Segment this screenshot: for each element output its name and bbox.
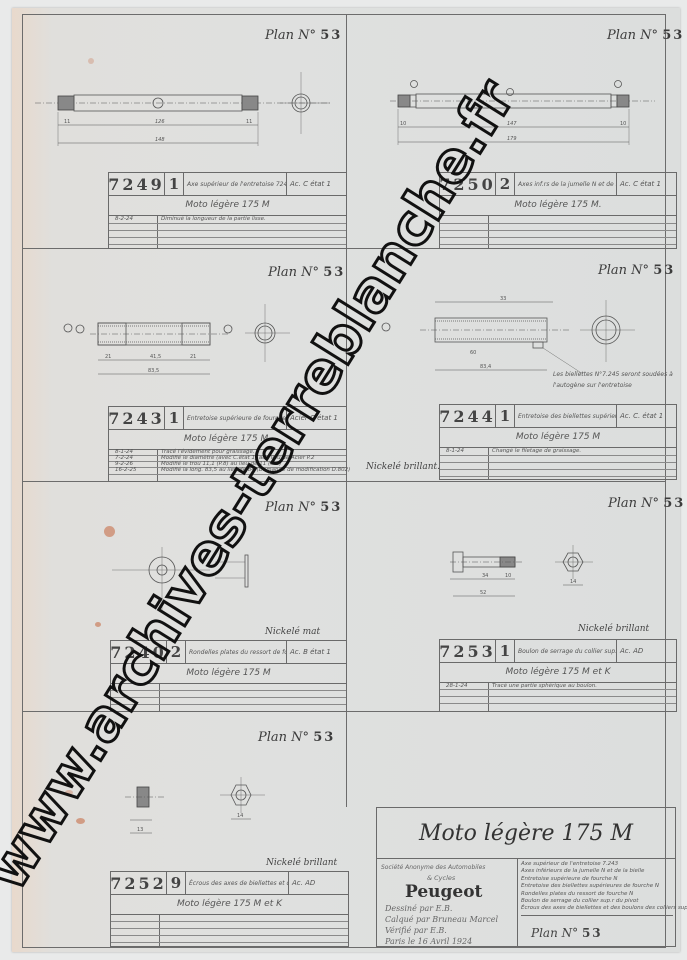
piece-item: Axes inférieurs de la jumelle N et de la… <box>521 868 673 875</box>
piece-item: Entretoise des biellettes supérieures de… <box>521 883 673 890</box>
svg-text:148: 148 <box>155 137 165 143</box>
title-block-7249: 7249 1 Axe supérieur de l'entretoise 724… <box>108 172 347 249</box>
sheet-title: Moto légère 175 M <box>377 808 675 859</box>
part-description: Écrous des axes de biellettes et des bou… <box>186 872 289 894</box>
company-name: Société Anonyme des Automobiles <box>381 864 485 871</box>
svg-text:10: 10 <box>620 121 626 127</box>
part-7243-drawing: 21 41,5 21 83,5 <box>60 300 300 380</box>
svg-text:83,4: 83,4 <box>480 364 491 370</box>
pieces-block: Axe supérieur de l'entretoise 7.243 Axes… <box>517 858 675 946</box>
traced-by: Calqué par Bruneau Marcel <box>385 915 498 924</box>
svg-text:126: 126 <box>155 119 165 125</box>
company-subtitle: & Cycles <box>427 874 455 882</box>
quantity: 2 <box>496 173 515 195</box>
material: Ac. C état 1 <box>287 173 346 195</box>
quantity: 9 <box>167 872 186 894</box>
model-name: Moto légère 175 M <box>109 195 346 216</box>
svg-text:33: 33 <box>500 296 506 302</box>
part-7249-drawing: 126 148 11 11 <box>30 70 340 150</box>
svg-text:60: 60 <box>470 350 476 356</box>
quantity: 1 <box>165 173 184 195</box>
plan-number-label: Plan N° 53 <box>607 28 684 43</box>
svg-text:14: 14 <box>237 813 243 819</box>
finish-label: Nickelé brillant <box>578 624 649 634</box>
svg-text:14: 14 <box>570 579 576 585</box>
part-description: Axe supérieur de l'entretoise 7243 <box>184 173 287 195</box>
svg-text:10: 10 <box>400 121 406 127</box>
svg-text:11: 11 <box>246 119 252 125</box>
svg-text:83,5: 83,5 <box>148 368 159 374</box>
svg-text:10: 10 <box>505 573 511 579</box>
quantity: 1 <box>496 405 515 427</box>
title-block-7253: 7253 1 Boulon de serrage du collier sup.… <box>439 639 677 712</box>
plan-number-label: Plan N° 53 <box>258 730 335 745</box>
modification-date: 8-2-24 <box>115 216 133 222</box>
material: Ac. C. état 1 <box>617 405 676 427</box>
plan-number-label: Plan N° 53 <box>268 265 345 280</box>
part-number: 7249 <box>109 173 165 195</box>
svg-text:21: 21 <box>105 354 111 360</box>
modification-date: 8-1-24 <box>446 448 464 454</box>
modification-text: Changé le filetage de graissage. <box>492 448 581 454</box>
weld-note: Les biellettes N°7.245 seront soudées à … <box>553 369 683 391</box>
modification-text: Tracé une partie sphérique au boulon. <box>492 683 597 689</box>
part-description: Axes inf.rs de la jumelle N et de la bie… <box>515 173 617 195</box>
part-description: Entretoise des biellettes supérieures de… <box>515 405 617 427</box>
piece-item: Écrous des axes de biellettes et des bou… <box>521 905 673 912</box>
brand-logo: Peugeot <box>405 882 482 902</box>
material: Ac. AD <box>617 640 676 662</box>
part-number: 7253 <box>440 640 496 662</box>
finish-label: Nickelé mat <box>265 627 320 637</box>
part-7253-drawing: 34 10 52 14 <box>450 545 620 615</box>
checked-by: Vérifié par E.B. <box>385 926 447 935</box>
quantity: 1 <box>165 407 184 429</box>
pieces-list: Axe supérieur de l'entretoise 7.243 Axes… <box>521 861 673 916</box>
model-name: Moto légère 175 M. <box>440 195 676 216</box>
part-7252-drawing: 13 14 <box>120 775 280 840</box>
modification-date: 16-2-25 <box>115 467 136 473</box>
company-block: Société Anonyme des Automobiles & Cycles… <box>377 858 518 946</box>
piece-item: Rondelles plates du ressort de fourche N <box>521 891 673 898</box>
part-description: Boulon de serrage du collier sup.r du pi… <box>515 640 617 662</box>
svg-text:13: 13 <box>137 827 143 833</box>
material: Ac. AD <box>289 872 348 894</box>
svg-text:11: 11 <box>64 119 70 125</box>
svg-text:41,5: 41,5 <box>150 354 161 360</box>
model-name: Moto légère 175 M et K <box>440 662 676 683</box>
quantity: 1 <box>496 640 515 662</box>
finish-label: Nickelé brillant <box>266 858 337 868</box>
part-description: Rondelles plates du ressort de fourche N <box>186 641 287 663</box>
plan-number-label: Plan N° 53 <box>608 496 685 511</box>
model-name: Moto légère 175 M et K <box>111 894 348 915</box>
part-number: 7243 <box>109 407 165 429</box>
modification-date: 28-1-24 <box>446 683 467 689</box>
svg-text:179: 179 <box>507 136 517 142</box>
material: Ac. B état 1 <box>287 641 346 663</box>
svg-text:21: 21 <box>190 354 196 360</box>
plan-number-footer: Plan N° 53 <box>531 926 603 940</box>
drawing-date: Paris le 16 Avril 1924 <box>385 937 472 946</box>
modification-text: Diminué la longueur de la partie lisse. <box>161 216 266 222</box>
drawn-by: Dessiné par E.B. <box>385 904 452 913</box>
title-block-7244: 7244 1 Entretoise des biellettes supérie… <box>439 404 677 480</box>
plan-number-label: Plan N° 53 <box>265 28 342 43</box>
main-title-block: Moto légère 175 M Société Anonyme des Au… <box>376 807 676 947</box>
plan-number-label: Plan N° 53 <box>598 263 675 278</box>
svg-text:34: 34 <box>482 573 488 579</box>
finish-label: Nickelé brillant. <box>366 462 440 472</box>
part-number: 7252 <box>111 872 167 894</box>
material: Ac. C état 1 <box>617 173 676 195</box>
title-block-7252: 7252 9 Écrous des axes de biellettes et … <box>110 871 349 947</box>
svg-text:52: 52 <box>480 590 486 596</box>
part-number: 7244 <box>440 405 496 427</box>
model-name: Moto légère 175 M <box>440 427 676 448</box>
